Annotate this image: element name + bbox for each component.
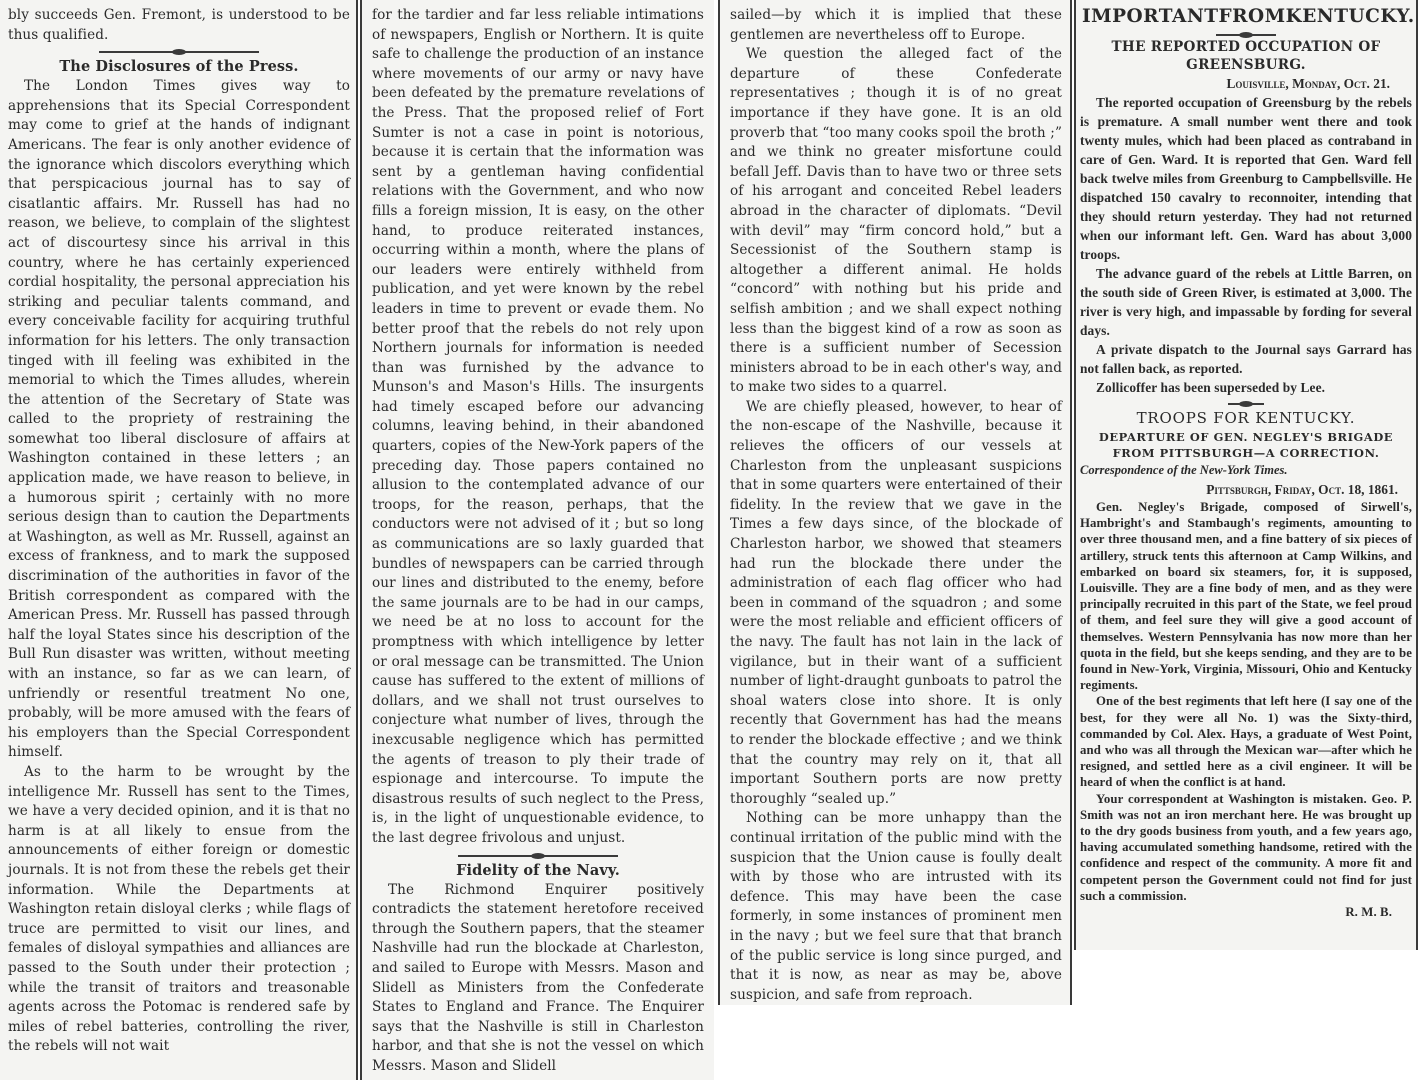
dateline: Louisville, Monday, Oct. 21. xyxy=(1080,74,1412,93)
article-paragraph: The London Times gives way to apprehensi… xyxy=(8,77,350,763)
article-paragraph: As to the harm to be wrought by the inte… xyxy=(8,763,350,1057)
article-paragraph: Nothing can be more unhappy than the con… xyxy=(730,809,1062,1005)
column-rule xyxy=(360,0,362,1080)
column-2: for the tardier and far less reliable in… xyxy=(360,0,714,1080)
column-3: sailed—by which it is implied that these… xyxy=(718,0,1072,1005)
article-paragraph: The reported occupation of Greensburg by… xyxy=(1080,93,1412,264)
continuation-text: bly succeeds Gen. Fremont, is understood… xyxy=(8,6,350,45)
headline-word: KENTUCKY. xyxy=(1286,4,1415,30)
article-paragraph: sailed—by which it is implied that these… xyxy=(730,6,1062,45)
column-rule xyxy=(718,0,720,1005)
article-paragraph: Zollicoffer has been superseded by Lee. xyxy=(1080,378,1412,397)
article-title: TROOPS FOR KENTUCKY. xyxy=(1080,407,1412,429)
article-paragraph: The advance guard of the rebels at Littl… xyxy=(1080,264,1412,340)
article-paragraph: One of the best regiments that left here… xyxy=(1080,693,1412,790)
article-paragraph: Gen. Negley's Brigade, composed of Sirwe… xyxy=(1080,499,1412,693)
column-rule xyxy=(1074,0,1076,950)
signature-line: R. M. B. xyxy=(1080,904,1412,920)
signature: R. M. B. xyxy=(1345,904,1412,920)
divider-ornament xyxy=(99,51,259,53)
article-paragraph: Your correspondent at Washington is mist… xyxy=(1080,791,1412,904)
headline-word: FROM xyxy=(1219,4,1286,30)
divider-ornament xyxy=(458,855,618,857)
article-title: The Disclosures of the Press. xyxy=(8,57,350,77)
column-1: bly succeeds Gen. Fremont, is understood… xyxy=(0,0,358,1080)
subheadline: THE REPORTED OCCUPATION OF GREENSBURG. xyxy=(1080,38,1412,74)
dateline: Pittsburgh, Friday, Oct. 18, 1861. xyxy=(1080,480,1412,499)
divider-ornament xyxy=(1216,34,1276,36)
column-rule xyxy=(1416,0,1418,950)
article-paragraph: A private dispatch to the Journal says G… xyxy=(1080,340,1412,378)
column-rule xyxy=(1070,0,1072,1005)
headline: IMPORTANT FROM KENTUCKY. xyxy=(1080,4,1412,30)
article-paragraph: The Richmond Enquirer positively contrad… xyxy=(372,881,704,1077)
divider-ornament xyxy=(1228,403,1264,405)
column-4: IMPORTANT FROM KENTUCKY. THE REPORTED OC… xyxy=(1074,0,1418,950)
article-paragraph: We question the alleged fact of the depa… xyxy=(730,45,1062,398)
article-paragraph: We are chiefly pleased, however, to hear… xyxy=(730,398,1062,809)
article-title: Fidelity of the Navy. xyxy=(372,861,704,881)
byline: Correspondence of the New-York Times. xyxy=(1080,461,1412,480)
article-subtitle: DEPARTURE OF GEN. NEGLEY'S BRIGADE FROM … xyxy=(1080,429,1412,461)
column-rule xyxy=(356,0,358,1080)
continuation-text: for the tardier and far less reliable in… xyxy=(372,6,704,849)
headline-word: IMPORTANT xyxy=(1082,4,1219,30)
